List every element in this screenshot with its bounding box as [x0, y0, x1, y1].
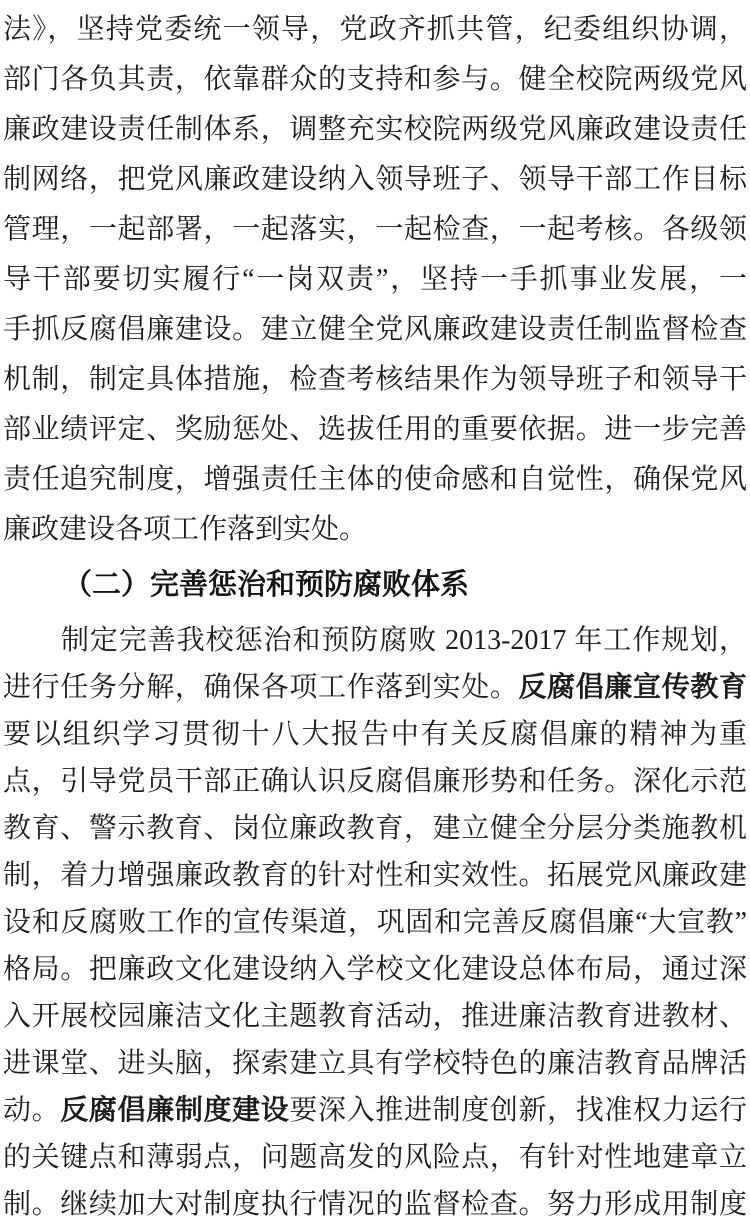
text-run: 廉政建设各项工作落到实处。 — [3, 514, 367, 545]
text-run: 点，引导党员干部正确认识反腐倡廉形势和任务。深化示范 — [3, 766, 747, 797]
text-run: 设和反腐败工作的宣传渠道，巩固和完善反腐倡廉“大宣教” — [3, 907, 747, 938]
text-run: 进课堂、进头脑，探索建立具有学校特色的廉洁教育品牌活 — [3, 1048, 747, 1079]
text-run: 法》，坚持党委统一领导，党政齐抓共管，纪委组织协调， — [3, 14, 747, 45]
text-line: 设和反腐败工作的宣传渠道，巩固和完善反腐倡廉“大宣教” — [3, 899, 747, 946]
text-run: 手抓反腐倡廉建设。建立健全党风廉政建设责任制监督检查 — [3, 314, 747, 345]
text-run: 廉政建设责任制体系，调整充实校院两级党风廉政建设责任 — [3, 114, 747, 145]
text-run: 要以组织学习贯彻十八大报告中有关反腐倡廉的精神为重 — [3, 719, 747, 750]
text-run: 教育、警示教育、岗位廉政教育，建立健全分层分类施教机 — [3, 813, 747, 844]
text-run: 制，着力增强廉政教育的针对性和实效性。拓展党风廉政建 — [3, 860, 747, 891]
text-line: 廉政建设各项工作落到实处。 — [3, 505, 747, 555]
text-run: 动。 — [3, 1095, 60, 1126]
text-run: 进行任务分解，确保各项工作落到实处。 — [3, 672, 519, 703]
paragraph-punish-prevent-system: 制定完善我校惩治和预防腐败 2013-2017 年工作规划，进行任务分解，确保各… — [3, 617, 747, 1220]
text-line: 制。继续加大对制度执行情况的监督检查。努力形成用制度 — [3, 1181, 747, 1220]
text-run: 导干部要切实履行“一岗双责”，坚持一手抓事业发展，一 — [3, 264, 747, 295]
text-line: 进行任务分解，确保各项工作落到实处。反腐倡廉宣传教育 — [3, 664, 747, 711]
text-line: 要以组织学习贯彻十八大报告中有关反腐倡廉的精神为重 — [3, 711, 747, 758]
text-run: 要深入推进制度创新，找准权力运行 — [289, 1095, 747, 1126]
text-line: 点，引导党员干部正确认识反腐倡廉形势和任务。深化示范 — [3, 758, 747, 805]
text-line: 格局。把廉政文化建设纳入学校文化建设总体布局，通过深 — [3, 946, 747, 993]
text-line: 责任追究制度，增强责任主体的使命感和自觉性，确保党风 — [3, 455, 747, 505]
text-line: 法》，坚持党委统一领导，党政齐抓共管，纪委组织协调， — [3, 5, 747, 55]
text-line: 进课堂、进头脑，探索建立具有学校特色的廉洁教育品牌活 — [3, 1040, 747, 1087]
text-line: 的关键点和薄弱点，问题高发的风险点，有针对性地建章立 — [3, 1134, 747, 1181]
paragraph-responsibility-system: 法》，坚持党委统一领导，党政齐抓共管，纪委组织协调，部门各负其责，依靠群众的支持… — [3, 5, 747, 555]
text-run: 部业绩评定、奖励惩处、选拔任用的重要依据。进一步完善 — [3, 414, 747, 445]
text-line: 制定完善我校惩治和预防腐败 2013-2017 年工作规划， — [3, 617, 747, 664]
text-run: 责任追究制度，增强责任主体的使命感和自觉性，确保党风 — [3, 464, 747, 495]
text-run: 制。继续加大对制度执行情况的监督检查。努力形成用制度 — [3, 1189, 747, 1220]
text-line: 入开展校园廉洁文化主题教育活动，推进廉洁教育进教材、 — [3, 993, 747, 1040]
text-run: 的关键点和薄弱点，问题高发的风险点，有针对性地建章立 — [3, 1142, 747, 1173]
document-page: 法》，坚持党委统一领导，党政齐抓共管，纪委组织协调，部门各负其责，依靠群众的支持… — [0, 0, 750, 1220]
text-line: 动。反腐倡廉制度建设要深入推进制度创新，找准权力运行 — [3, 1087, 747, 1134]
text-run: 部门各负其责，依靠群众的支持和参与。健全校院两级党风 — [3, 64, 747, 95]
text-run: 入开展校园廉洁文化主题教育活动，推进廉洁教育进教材、 — [3, 1001, 747, 1032]
bold-text-run: 反腐倡廉宣传教育 — [519, 672, 747, 703]
text-line: 部门各负其责，依靠群众的支持和参与。健全校院两级党风 — [3, 55, 747, 105]
text-line: 廉政建设责任制体系，调整充实校院两级党风廉政建设责任 — [3, 105, 747, 155]
section-heading: （二）完善惩治和预防腐败体系 — [3, 560, 747, 610]
text-run: 格局。把廉政文化建设纳入学校文化建设总体布局，通过深 — [3, 954, 747, 985]
text-line: 管理，一起部署，一起落实，一起检查，一起考核。各级领 — [3, 205, 747, 255]
text-line: 教育、警示教育、岗位廉政教育，建立健全分层分类施教机 — [3, 805, 747, 852]
text-line: 部业绩评定、奖励惩处、选拔任用的重要依据。进一步完善 — [3, 405, 747, 455]
bold-text-run: 反腐倡廉制度建设 — [60, 1095, 289, 1126]
text-line: 制，着力增强廉政教育的针对性和实效性。拓展党风廉政建 — [3, 852, 747, 899]
text-line: 机制，制定具体措施，检查考核结果作为领导班子和领导干 — [3, 355, 747, 405]
text-line: 制网络，把党风廉政建设纳入领导班子、领导干部工作目标 — [3, 155, 747, 205]
text-run: 制网络，把党风廉政建设纳入领导班子、领导干部工作目标 — [3, 164, 747, 195]
text-line: 导干部要切实履行“一岗双责”，坚持一手抓事业发展，一 — [3, 255, 747, 305]
text-line: 手抓反腐倡廉建设。建立健全党风廉政建设责任制监督检查 — [3, 305, 747, 355]
text-run: 机制，制定具体措施，检查考核结果作为领导班子和领导干 — [3, 364, 747, 395]
text-run: 制定完善我校惩治和预防腐败 2013-2017 年工作规划， — [61, 625, 747, 656]
text-run: 管理，一起部署，一起落实，一起检查，一起考核。各级领 — [3, 214, 747, 245]
